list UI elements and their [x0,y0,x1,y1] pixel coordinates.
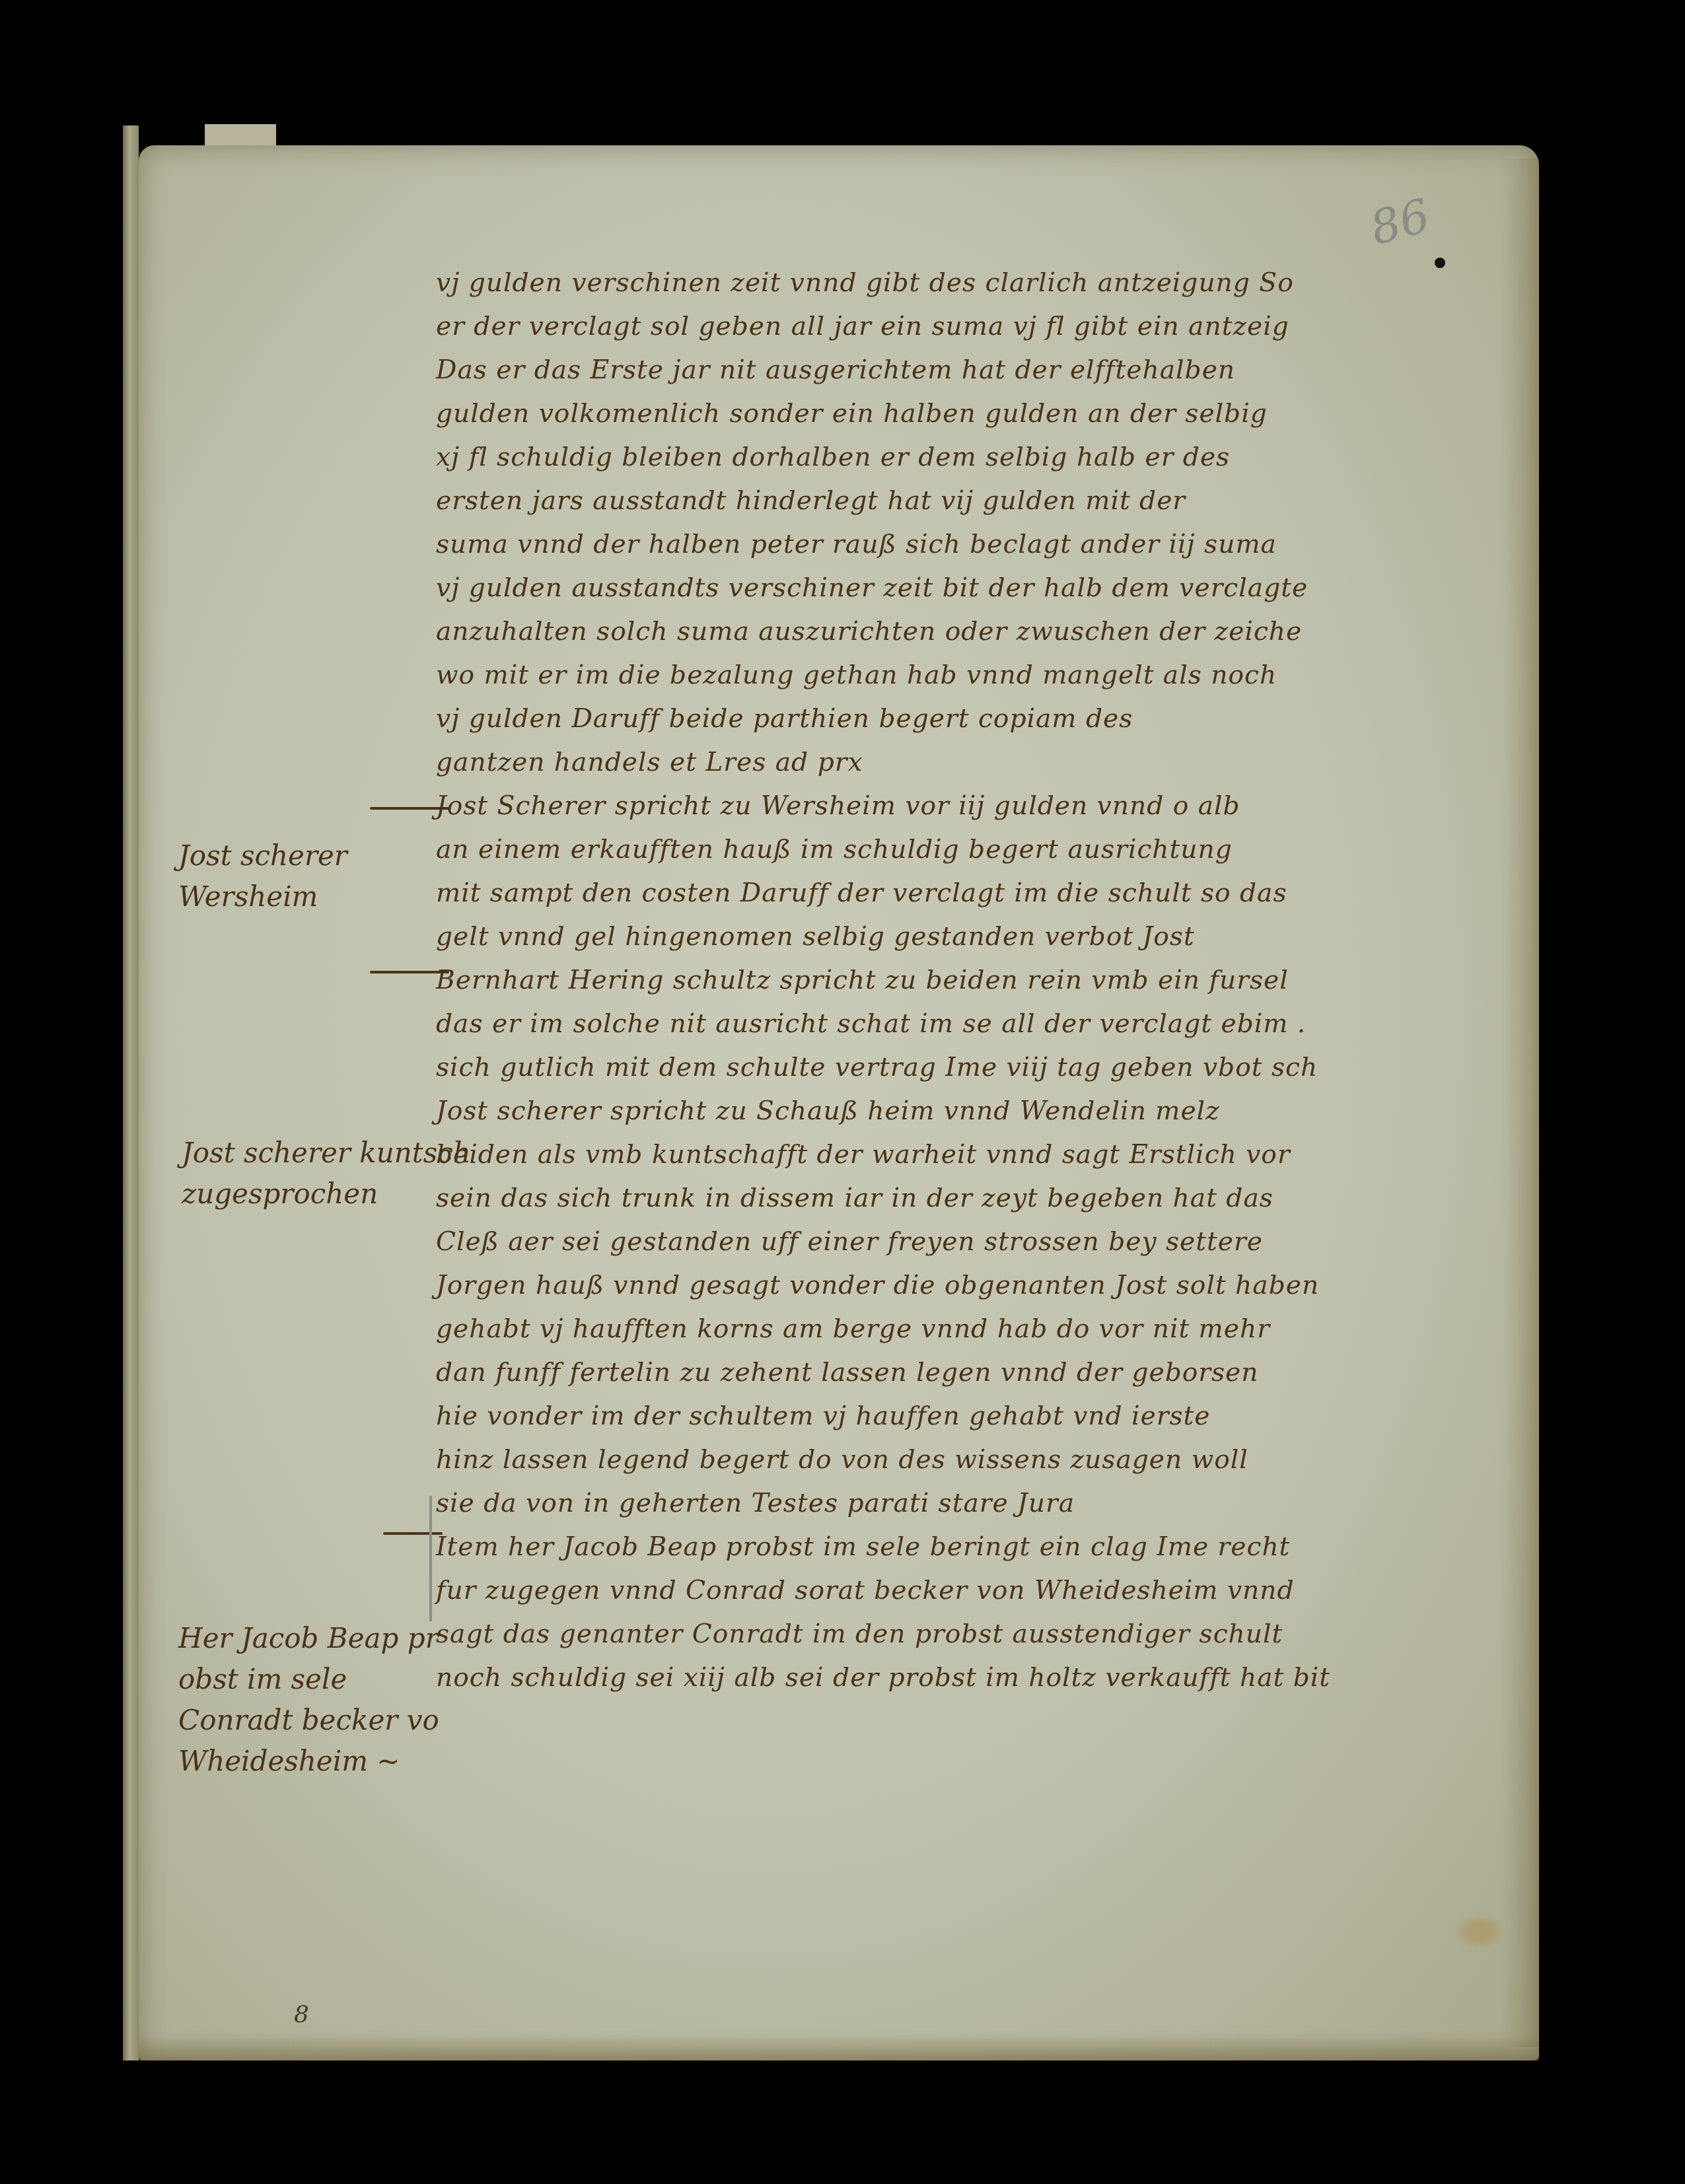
text-line: das er im solche nit ausricht schat im s… [436,1002,1511,1045]
text-line: mit sampt den costen Daruff der verclagt… [436,871,1511,915]
entry-marker-3 [383,1532,443,1535]
marginal-note-2: Jost scherer kuntsch zugesprochen [182,1133,471,1215]
marginal-line: Jost scherer [178,835,347,876]
paper-tab [205,124,276,148]
text-line: fur zugegen vnnd Conrad sorat becker von… [436,1568,1511,1612]
marginal-line: obst im sele [178,1659,439,1700]
text-line: xj fl schuldig bleiben dorhalben er dem … [436,435,1511,479]
text-line: Jost Scherer spricht zu Wersheim vor iij… [436,784,1511,828]
text-line: Jost scherer spricht zu Schauß heim vnnd… [436,1089,1511,1133]
text-line: Jorgen hauß vnnd gesagt vonder die obgen… [436,1263,1511,1307]
marginal-line: Wersheim [178,876,347,917]
text-line: hie vonder im der schultem vj hauffen ge… [436,1394,1511,1438]
text-line: er der verclagt sol geben all jar ein su… [436,304,1511,348]
text-line: sich gutlich mit dem schulte vertrag Ime… [436,1045,1511,1089]
text-line: ersten jars ausstandt hinderlegt hat vij… [436,479,1511,522]
marginal-line: zugesprochen [182,1174,471,1215]
text-line: sagt das genanter Conradt im den probst … [436,1612,1511,1656]
marginal-note-1: Jost scherer Wersheim [178,835,347,917]
page-edge-bottom [139,2034,1539,2061]
text-line: an einem erkaufften hauß im schuldig beg… [436,828,1511,871]
text-line: sein das sich trunk in dissem iar in der… [436,1176,1511,1220]
main-text-block: vj gulden verschinen zeit vnnd gibt des … [436,261,1532,1699]
binding-spine [123,125,139,2061]
text-line: hinz lassen legend begert do von des wis… [436,1438,1511,1481]
text-line: dan funff fertelin zu zehent lassen lege… [436,1351,1511,1394]
marginal-line: Wheidesheim ~ [178,1741,439,1782]
paper-stain [1460,1919,1499,1945]
text-line: Item her Jacob Beap probst im sele berin… [436,1525,1511,1568]
marginal-line: Her Jacob Beap pr [178,1618,439,1659]
text-line: gelt vnnd gel hingenomen selbig gestande… [436,915,1511,958]
text-line: suma vnnd der halben peter rauß sich bec… [436,522,1511,566]
text-line: beiden als vmb kuntschafft der warheit v… [436,1133,1511,1176]
pencil-mark [429,1496,432,1621]
text-line: vj gulden ausstandts verschiner zeit bit… [436,566,1511,610]
text-line: vj gulden Daruff beide parthien begert c… [436,697,1511,740]
text-line: noch schuldig sei xiij alb sei der probs… [436,1656,1511,1699]
marginal-note-3: Her Jacob Beap pr obst im sele Conradt b… [178,1618,439,1782]
text-line: Cleß aer sei gestanden uff einer freyen … [436,1220,1511,1263]
scan-background: 86 vj gulden verschinen zeit vnnd gibt d… [0,0,1685,2184]
text-line: Bernhart Hering schultz spricht zu beide… [436,958,1511,1002]
bottom-page-mark: 8 [294,2001,309,2028]
text-line: sie da von in geherten Testes parati sta… [436,1481,1511,1525]
marginal-line: Jost scherer kuntsch [182,1133,471,1174]
text-line: gantzen handels et Lres ad prx [436,740,1511,784]
text-line: Das er das Erste jar nit ausgerichtem ha… [436,348,1511,392]
text-line: anzuhalten solch suma auszurichten oder … [436,610,1511,653]
text-line: vj gulden verschinen zeit vnnd gibt des … [436,261,1511,304]
text-line: wo mit er im die bezalung gethan hab vnn… [436,653,1511,697]
text-line: gulden volkomenlich sonder ein halben gu… [436,392,1511,435]
marginal-line: Conradt becker vo [178,1700,439,1741]
text-line: gehabt vj haufften korns am berge vnnd h… [436,1307,1511,1351]
